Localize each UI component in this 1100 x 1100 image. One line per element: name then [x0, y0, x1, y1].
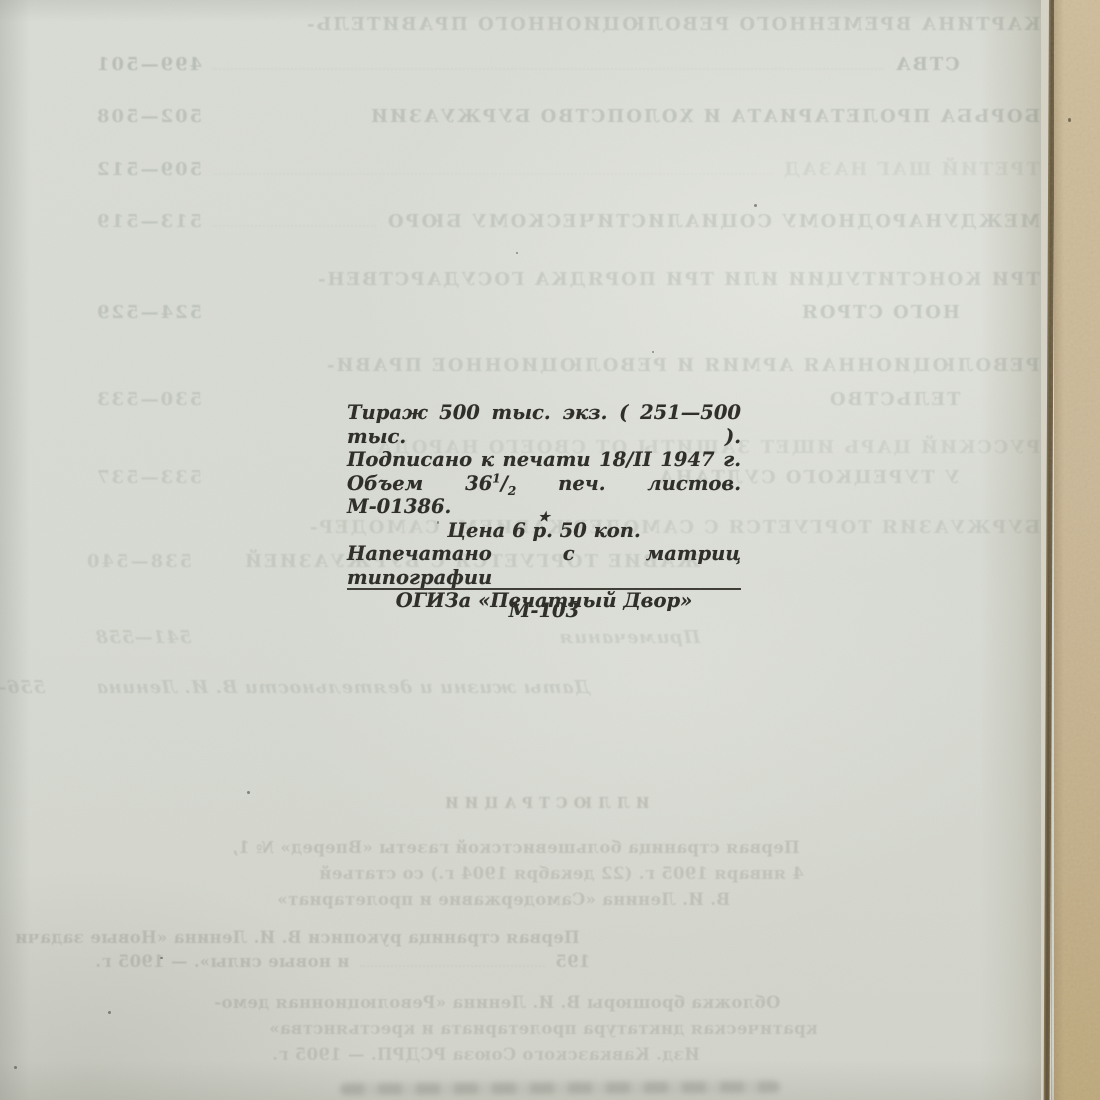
- signed-to-print-line: Подписано к печати 18/II 1947 г.: [347, 448, 741, 472]
- book-page-photo: { "colors": { "paper": "#d7dad2", "fore_…: [0, 0, 1100, 1100]
- ghost-line: и новые силы». — 1905 г. 195: [95, 952, 590, 971]
- dot-leader: [360, 952, 545, 967]
- dust-speck: [1068, 118, 1071, 122]
- ghost-page-range: 513—519: [95, 211, 202, 232]
- ghost-text: 4 января 1905 г. (22 декабря 1904 г.) со…: [319, 864, 804, 883]
- ghost-toc-line: ТРИ КОНСТИТУЦИИ ИЛИ ТРИ ПОРЯДКА ГОСУДАРС…: [95, 269, 1040, 290]
- dust-speck: [14, 1066, 17, 1069]
- ghost-toc-line: 509—512 ТРЕТИЙ ШАГ НАЗАД: [95, 159, 1040, 180]
- ghost-page-number: 195: [555, 952, 590, 971]
- ghost-text: Обложка брошюры В. И. Ленина «Революцион…: [214, 993, 780, 1012]
- dust-speck: [652, 351, 654, 353]
- ghost-page-range: 509—512: [95, 159, 202, 180]
- ghost-text: Изд. Кавказского Союза РСДРП. — 1905 г.: [272, 1045, 700, 1064]
- ghost-text: Примечания: [559, 627, 700, 648]
- ghost-line: Изд. Кавказского Союза РСДРП. — 1905 г.: [272, 1045, 700, 1064]
- horizontal-rule: [347, 588, 741, 590]
- ghost-line: Первая страница рукописи В. И. Ленина «Н…: [15, 928, 580, 947]
- ghost-line: Первая страница большевистской газеты «В…: [232, 838, 800, 857]
- ghost-text: ТРИ КОНСТИТУЦИИ ИЛИ ТРИ ПОРЯДКА ГОСУДАРС…: [316, 269, 1040, 290]
- printed-from-line: Напечатано с матриц типографии: [347, 542, 741, 589]
- ghost-text: ТРЕТИЙ ШАГ НАЗАД: [782, 159, 1040, 180]
- fraction-numerator: 1: [492, 471, 500, 485]
- ghost-text: КАРТИНА ВРЕМЕННОГО РЕВОЛЮЦИОННОГО ПРАВИТ…: [305, 14, 1040, 35]
- volume-prefix: Объем 36: [347, 472, 492, 495]
- ghost-toc-line: РЕВОЛЮЦИОННАЯ АРМИЯ И РЕВОЛЮЦИОННОЕ ПРАВ…: [95, 355, 1040, 376]
- ghost-page-range: 538—540: [85, 551, 192, 572]
- ghost-text: ИЛЛЮСТРАЦИИ: [439, 795, 649, 812]
- ghost-text: МЕЖДУНАРОДНОМУ СОЦИАЛИСТИЧЕСКОМУ БЮРО: [386, 211, 1040, 232]
- fraction-denominator: 2: [508, 483, 516, 497]
- ghost-page-range: 541—558: [95, 627, 192, 648]
- ghost-line: кратическая диктатура пролетариата и кре…: [269, 1019, 818, 1038]
- dust-speck: [160, 957, 163, 959]
- ghost-page-range: 556—568: [0, 677, 46, 698]
- ghost-toc-line: 524—529 НОГО СТРОЯ: [95, 302, 1040, 323]
- ghost-text: Первая страница рукописи В. И. Ленина «Н…: [15, 928, 580, 947]
- ghost-toc-line: 513—519 МЕЖДУНАРОДНОМУ СОЦИАЛИСТИЧЕСКОМУ…: [95, 211, 1040, 232]
- star-separator-icon: ★: [347, 506, 741, 530]
- ghost-page-range: 499—501: [95, 54, 202, 75]
- print-run-line: Тираж 500 тыс. экз. ( 251—500 тыс. ).: [347, 401, 741, 448]
- print-code: М-103: [347, 599, 741, 623]
- ghost-page-range: 524—529: [95, 302, 202, 323]
- dot-leader: [212, 212, 376, 227]
- dot-leader: [212, 160, 772, 175]
- ghost-heading: ИЛЛЮСТРАЦИИ: [408, 795, 680, 812]
- dust-speck: [108, 1011, 111, 1014]
- ghost-text: кратическая диктатура пролетариата и кре…: [269, 1019, 818, 1038]
- dust-speck: [437, 521, 439, 524]
- ghost-text: и новые силы». — 1905 г.: [95, 952, 350, 971]
- ghost-line: Обложка брошюры В. И. Ленина «Революцион…: [214, 993, 780, 1012]
- ghost-text: СТВА: [894, 54, 960, 75]
- dust-speck: [247, 791, 250, 794]
- ghost-page-range: 533—537: [95, 467, 202, 488]
- ghost-text: Даты жизни и деятельности В. И. Ленина: [96, 677, 590, 698]
- ghost-toc-line: КАРТИНА ВРЕМЕННОГО РЕВОЛЮЦИОННОГО ПРАВИТ…: [95, 14, 1040, 35]
- ghost-toc-line: 541—558 Примечания: [95, 627, 1040, 648]
- dust-speck: [754, 204, 757, 207]
- ghost-page-range: 502—508: [95, 106, 202, 127]
- ghost-line: 4 января 1905 г. (22 декабря 1904 г.) со…: [319, 864, 804, 883]
- ghost-line: В. И. Ленина «Самодержавие и пролетариат…: [277, 890, 730, 909]
- dot-leader: [212, 55, 884, 70]
- fraction-slash: /: [501, 472, 508, 495]
- ghost-smudge: [340, 1081, 780, 1095]
- ghost-text: НОГО СТРОЯ: [800, 302, 960, 323]
- dust-speck: [516, 252, 518, 254]
- ghost-toc-line: 556—568 Даты жизни и деятельности В. И. …: [95, 677, 1040, 698]
- ghost-toc-line: 499—501 СТВА: [95, 54, 1040, 75]
- ghost-text: Первая страница большевистской газеты «В…: [232, 838, 800, 857]
- ghost-text: ТЕЛЬСТВО: [828, 389, 961, 410]
- ghost-text: В. И. Ленина «Самодержавие и пролетариат…: [277, 890, 730, 909]
- ghost-page-range: 530—533: [95, 389, 202, 410]
- ghost-text: БОРЬБА ПРОЛЕТАРИАТА И ХОЛОПСТВО БУРЖУАЗИ…: [369, 106, 1040, 127]
- ghost-toc-line: 502—508 БОРЬБА ПРОЛЕТАРИАТА И ХОЛОПСТВО …: [95, 106, 1040, 127]
- ghost-text: РЕВОЛЮЦИОННАЯ АРМИЯ И РЕВОЛЮЦИОННОЕ ПРАВ…: [325, 355, 1040, 376]
